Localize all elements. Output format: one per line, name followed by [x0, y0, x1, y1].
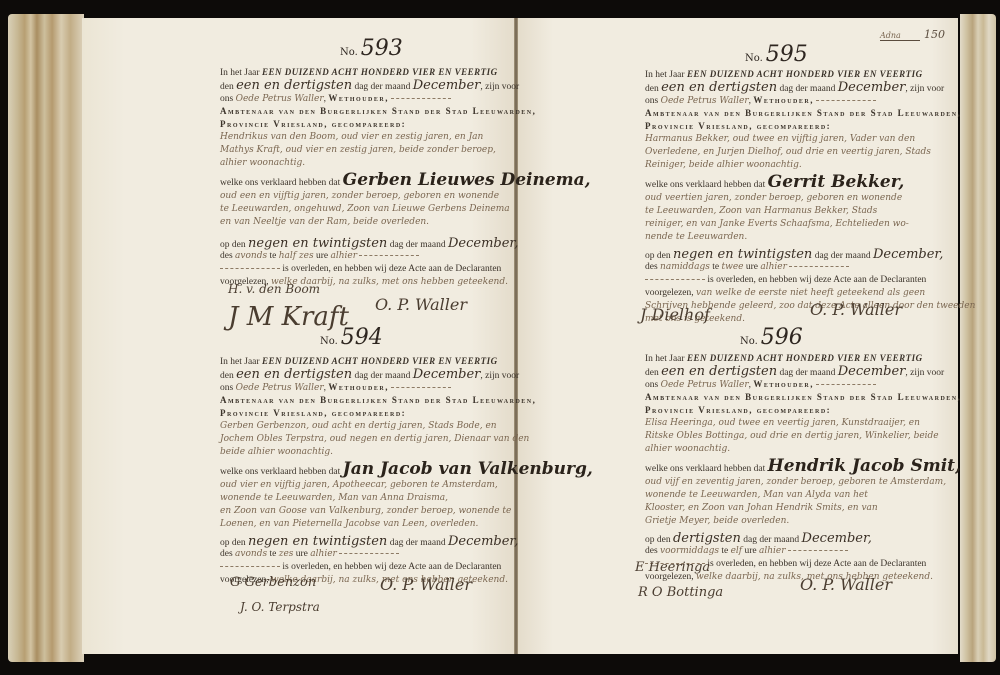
page-number: Adna150: [880, 28, 945, 41]
entry-number-595: No.595: [745, 42, 808, 67]
entry-number-593: No.593: [340, 36, 403, 61]
book-fore-edge-right: [960, 14, 996, 662]
signature-gerbenzon: G Gerbenzon: [230, 575, 316, 590]
signature-waller-596: O. P. Waller: [800, 575, 892, 594]
entry-number-594: No.594: [320, 325, 383, 350]
signature-heeringa: E Heeringa: [635, 560, 710, 575]
signature-waller-594: O. P. Waller: [380, 575, 472, 594]
entry-596: In het Jaar EEN DUIZEND ACHT HONDERD VIE…: [645, 352, 945, 584]
book-fore-edge-left: [8, 14, 84, 662]
entry-595: In het Jaar EEN DUIZEND ACHT HONDERD VIE…: [645, 68, 945, 326]
entry-number-596: No.596: [740, 325, 803, 350]
signature-dielhof: J Dielhof: [640, 305, 710, 324]
entry-594: In het Jaar EEN DUIZEND ACHT HONDERD VIE…: [220, 355, 510, 587]
signature-waller-595: O. P. Waller: [810, 300, 902, 319]
signature-waller-593: O. P. Waller: [375, 295, 467, 314]
entry-593: In het Jaar EEN DUIZEND ACHT HONDERD VIE…: [220, 66, 510, 289]
page-number-value: 150: [924, 28, 945, 41]
signature-bottinga: R O Bottinga: [638, 585, 723, 600]
page-mark: Adna: [880, 31, 920, 41]
signature-terpstra: J. O. Terpstra: [240, 600, 320, 614]
signature-boom: H. v. den Boom: [228, 282, 320, 296]
